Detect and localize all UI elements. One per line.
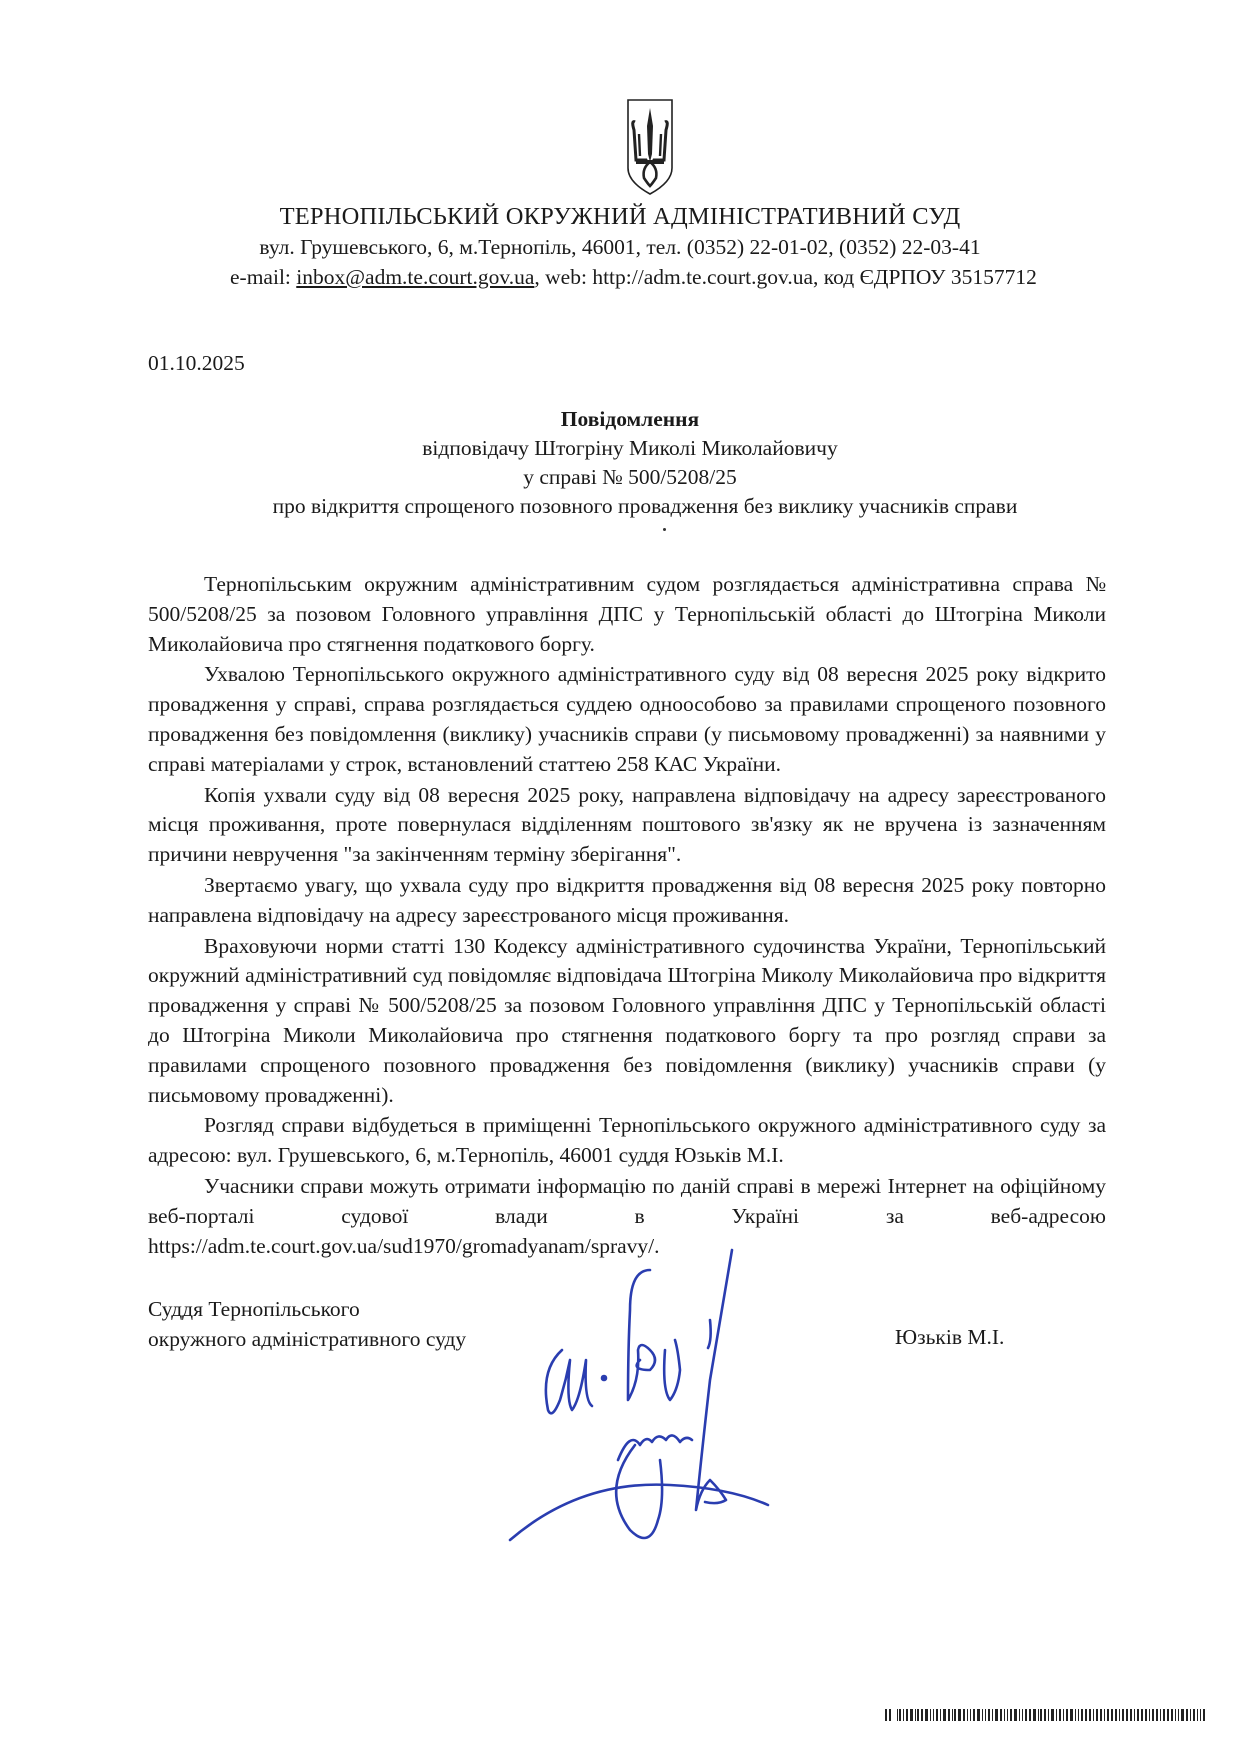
signatory-position-line1: Суддя Тернопільського: [148, 1294, 466, 1324]
signatory-position: Суддя Тернопільського окружного адмініст…: [148, 1294, 466, 1354]
email-link[interactable]: inbox@adm.te.court.gov.ua: [296, 265, 534, 289]
paragraph: Звертаємо увагу, що ухвала суду про відк…: [148, 871, 1106, 931]
signatory-name: Юзьків М.І.: [895, 1325, 1004, 1350]
handwritten-signature-icon: [500, 1230, 900, 1560]
notice-title: Повідомлення: [130, 405, 1130, 434]
court-name: ТЕРНОПІЛЬСЬКИЙ ОКРУЖНИЙ АДМІНІСТРАТИВНИЙ…: [0, 203, 1240, 231]
court-address: вул. Грушевського, 6, м.Тернопіль, 46001…: [0, 235, 1240, 260]
scan-speck: [663, 528, 666, 531]
notice-case-number: у справі № 500/5208/25: [130, 463, 1130, 492]
notice-body: Тернопільським окружним адміністративним…: [148, 570, 1106, 1261]
court-contacts: e-mail: inbox@adm.te.court.gov.ua, web: …: [230, 265, 1037, 290]
notice-subject: про відкриття спрощеного позовного прова…: [130, 492, 1130, 521]
web-and-code: , web: http://adm.te.court.gov.ua, код Є…: [534, 265, 1036, 289]
paragraph: Копія ухвали суду від 08 вересня 2025 ро…: [148, 781, 1106, 870]
notice-addressee: відповідачу Штогріну Миколі Миколайовичу: [130, 434, 1130, 463]
document-date: 01.10.2025: [148, 351, 245, 376]
paragraph: Тернопільським окружним адміністративним…: [148, 570, 1106, 659]
document-page: ТЕРНОПІЛЬСЬКИЙ ОКРУЖНИЙ АДМІНІСТРАТИВНИЙ…: [0, 0, 1240, 1754]
signatory-position-line2: окружного адміністративного суду: [148, 1324, 466, 1354]
paragraph: Ухвалою Тернопільського окружного адміні…: [148, 660, 1106, 779]
notice-title-block: Повідомлення відповідачу Штогріну Миколі…: [130, 405, 1130, 521]
barcode-icon: [885, 1709, 1205, 1721]
paragraph: Враховуючи норми статті 130 Кодексу адмі…: [148, 932, 1106, 1111]
ukraine-trident-coat-of-arms-icon: [626, 98, 674, 196]
email-label: e-mail:: [230, 265, 296, 289]
paragraph: Розгляд справи відбудеться в приміщенні …: [148, 1111, 1106, 1171]
